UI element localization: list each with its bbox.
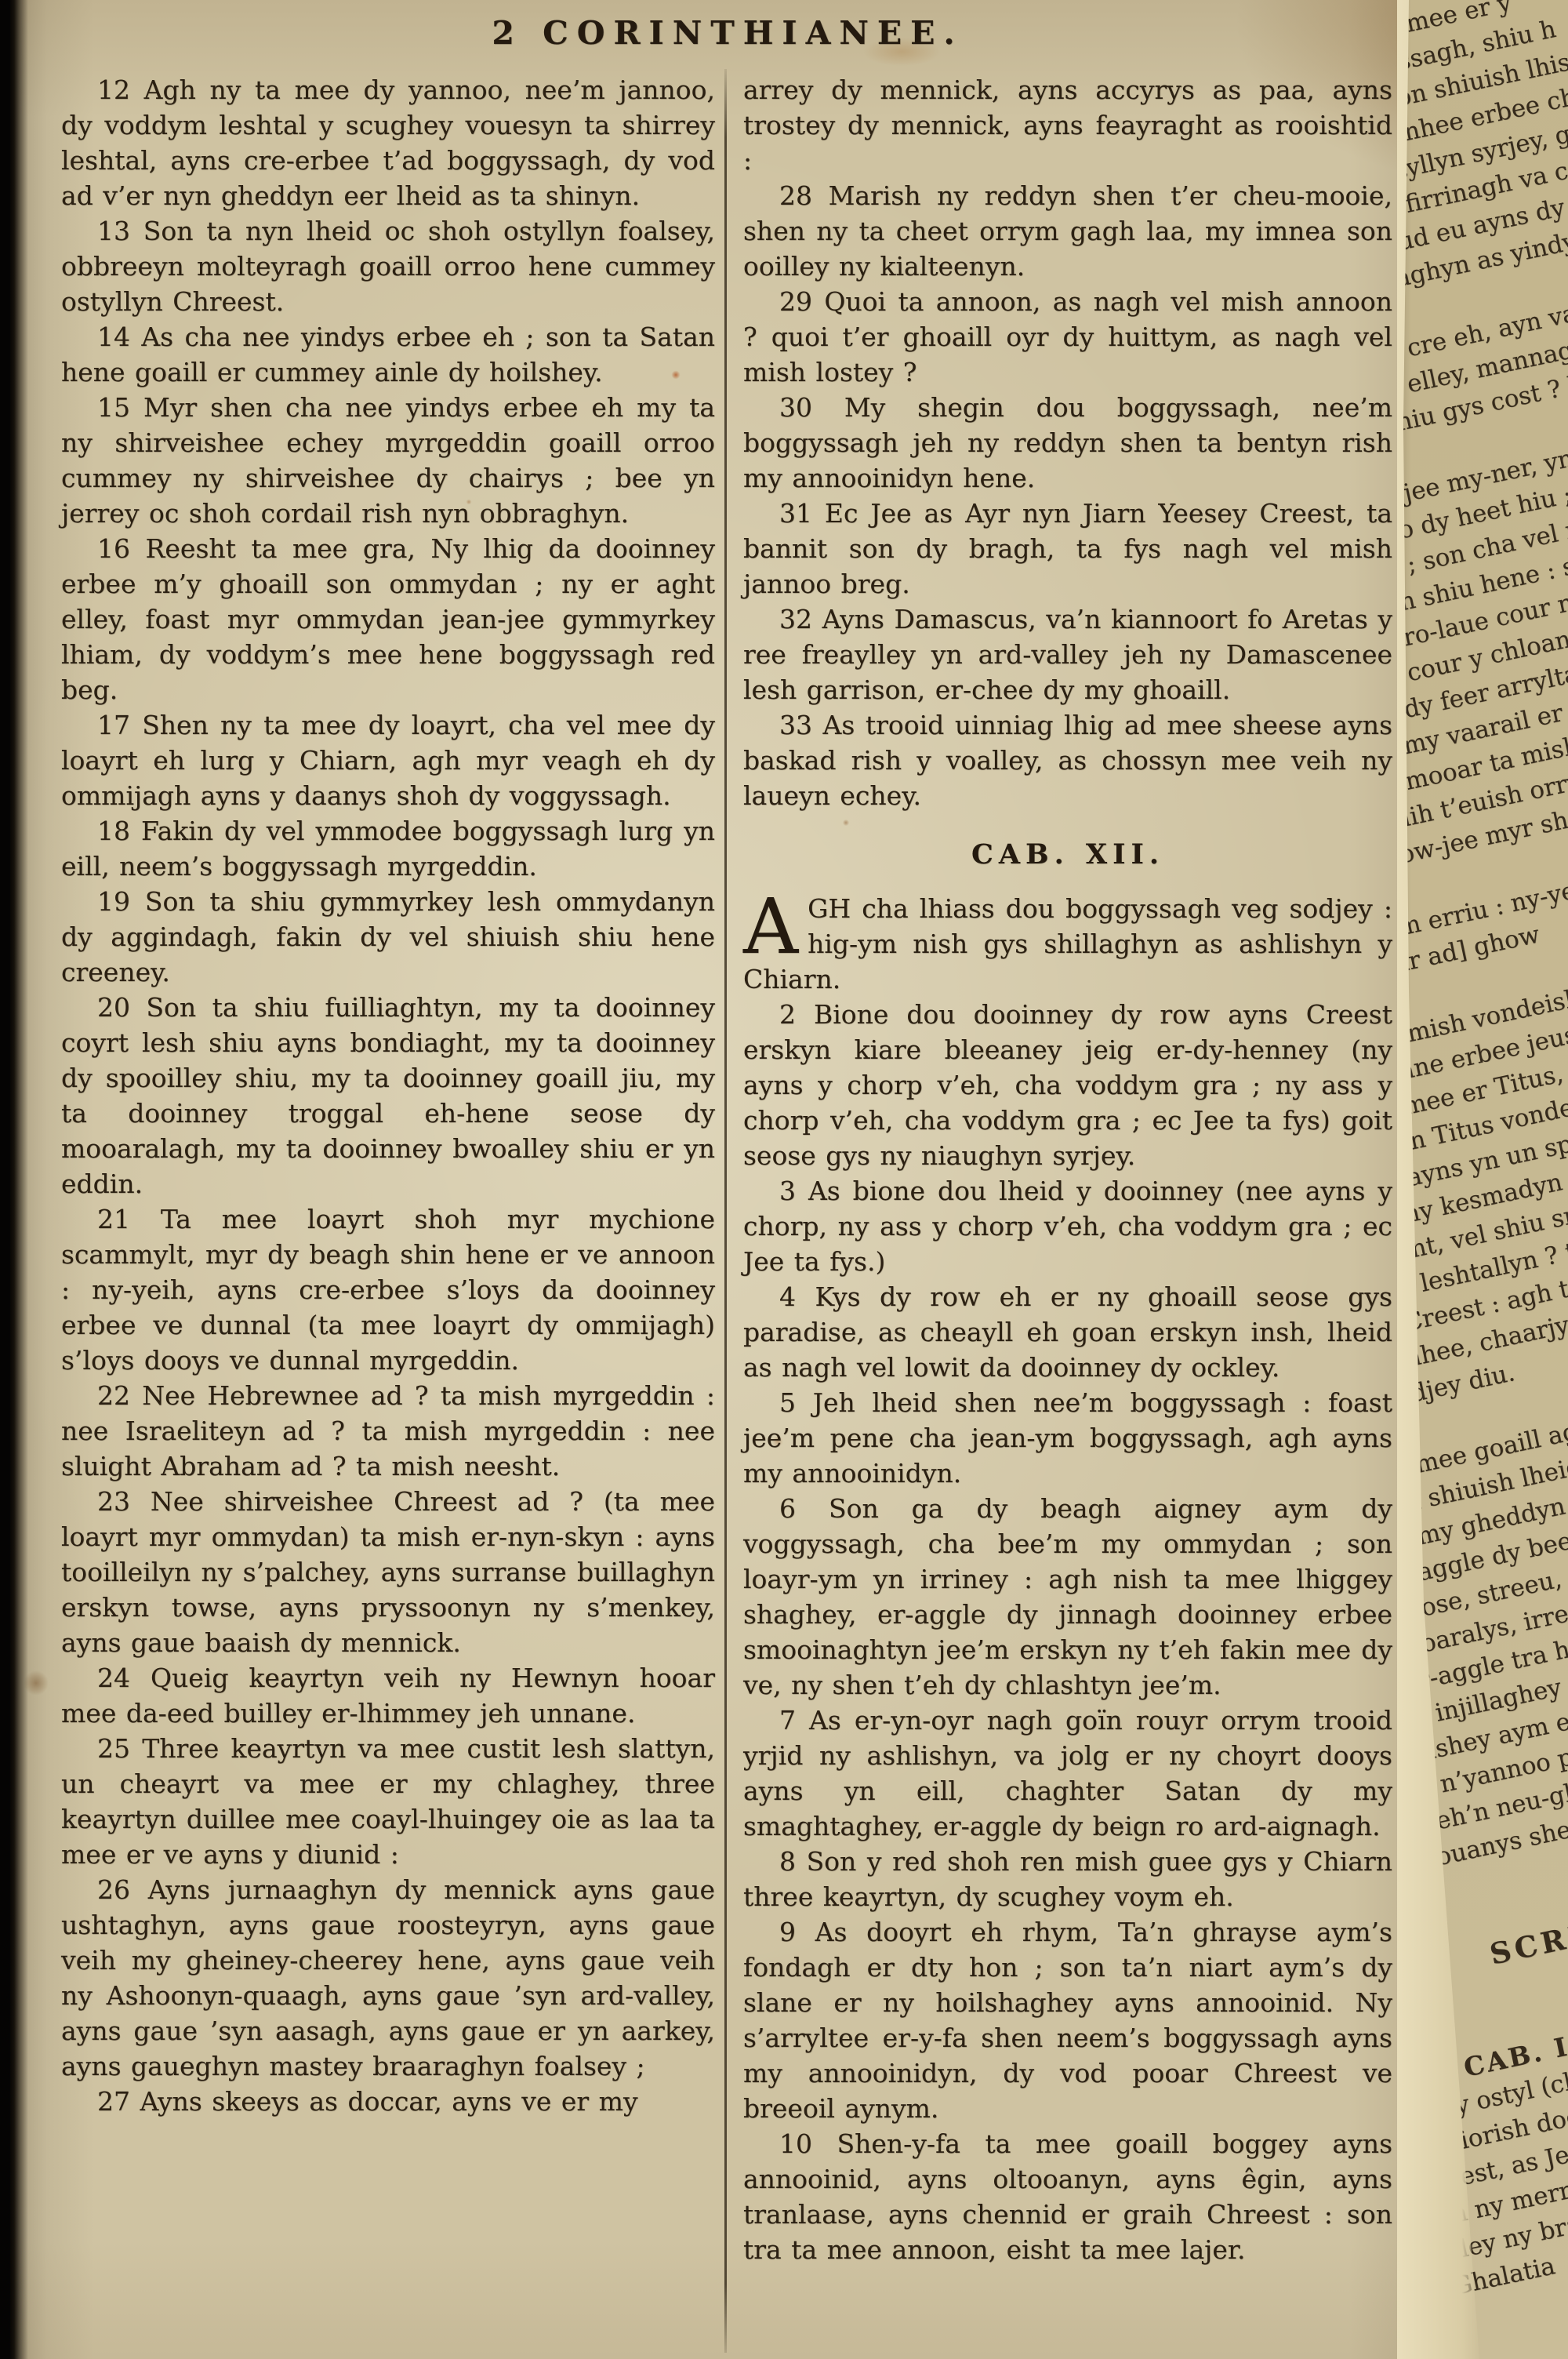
chapter-11-continuation: arrey dy mennick, ayns accyrys as paa, a… <box>743 72 1392 813</box>
chapter-12-verses: 2 Bione dou dooinney dy row ayns Creest … <box>743 997 1392 2267</box>
verse: 2 Bione dou dooinney dy row ayns Creest … <box>743 997 1392 1173</box>
verse: 23 Nee shirveishee Chreest ad ? (ta mee … <box>61 1484 715 1660</box>
verse-number: 9 <box>779 1917 815 1947</box>
verse: 17 Shen ny ta mee dy loayrt, cha vel mee… <box>61 707 715 813</box>
verse-number: 17 <box>97 710 142 740</box>
verse-number: 6 <box>779 1493 829 1524</box>
verse: 8 Son y red shoh ren mish guee gys y Chi… <box>743 1844 1392 1914</box>
verse-number: 7 <box>779 1705 809 1736</box>
verse-1-text: GH cha lhiass dou boggyssagh veg sodjey … <box>743 893 1392 994</box>
verse-number: 28 <box>779 180 829 211</box>
verse: 29 Quoi ta annoon, as nagh vel mish anno… <box>743 284 1392 390</box>
verse: 10 Shen-y-fa ta mee goaill boggey ayns a… <box>743 2126 1392 2267</box>
verse: 19 Son ta shiu gymmyrkey lesh ommydanyn … <box>61 884 715 990</box>
verse-number: 18 <box>97 816 141 846</box>
verse-number: 29 <box>779 286 824 317</box>
verse: 18 Fakin dy vel ymmodee boggyssagh lurg … <box>61 813 715 884</box>
verse-number: 2 <box>779 999 814 1030</box>
verse-number: 8 <box>779 1846 807 1877</box>
verse-number: 12 <box>97 75 144 105</box>
adjacent-page-gutter: a mee er yyssagh, shiu hson shiuish lhis… <box>1397 0 1568 2359</box>
left-text-column: 12 Agh ny ta mee dy yannoo, nee’m jannoo… <box>61 72 715 2119</box>
verse: 25 Three keayrtyn va mee custit lesh sla… <box>61 1731 715 1872</box>
verse-number: 27 <box>97 2086 140 2117</box>
verse: arrey dy mennick, ayns accyrys as paa, a… <box>743 72 1392 178</box>
scanned-book-page: { "page": { "colors": { "paper": "#cfc3a… <box>0 0 1568 2359</box>
verse: 6 Son ga dy beagh aigney aym dy voggyssa… <box>743 1491 1392 1703</box>
verse-number: 24 <box>97 1663 151 1693</box>
verse: 13 Son ta nyn lheid oc shoh ostyllyn foa… <box>61 213 715 319</box>
dropcap-letter: A <box>743 891 808 958</box>
verse: 12 Agh ny ta mee dy yannoo, nee’m jannoo… <box>61 72 715 213</box>
verse-number: 25 <box>97 1733 142 1764</box>
verse-number: 14 <box>97 322 141 352</box>
verse: 4 Kys dy row eh er ny ghoaill seose gys … <box>743 1279 1392 1385</box>
chapter-heading: CAB. XII. <box>743 837 1392 872</box>
verse: 20 Son ta shiu fuilliaghtyn, my ta dooin… <box>61 990 715 1201</box>
verse-number: 23 <box>97 1486 151 1517</box>
column-divider-rule <box>724 69 727 2353</box>
verse: 5 Jeh lheid shen nee’m boggyssagh : foas… <box>743 1385 1392 1491</box>
verse: 32 Ayns Damascus, va’n kiannoort fo Aret… <box>743 602 1392 707</box>
verse-number: 33 <box>779 710 823 740</box>
verse: 9 As dooyrt eh rhym, Ta’n ghrayse aym’s … <box>743 1914 1392 2126</box>
verse-number: 26 <box>97 1874 148 1905</box>
verse: 30 My shegin dou boggyssagh, nee’m boggy… <box>743 390 1392 496</box>
verse-number: 30 <box>779 392 844 423</box>
verse: 26 Ayns jurnaaghyn dy mennick ayns gaue … <box>61 1872 715 2084</box>
verse: 21 Ta mee loayrt shoh myr mychione scamm… <box>61 1201 715 1378</box>
verse-number: 19 <box>97 886 145 917</box>
verse-number: 3 <box>779 1176 808 1206</box>
verse-number: 16 <box>97 533 146 564</box>
verse-number: 4 <box>779 1281 815 1312</box>
scan-left-black-edge <box>0 0 28 2359</box>
verse: 3 As bione dou lheid y dooinney (nee ayn… <box>743 1173 1392 1279</box>
verse: 31 Ec Jee as Ayr nyn Jiarn Yeesey Creest… <box>743 496 1392 602</box>
verse: 33 As trooid uinniag lhig ad mee sheese … <box>743 707 1392 813</box>
verse-number: 31 <box>779 498 825 529</box>
verse-number: 32 <box>779 604 822 634</box>
verse: 14 As cha nee yindys erbee eh ; son ta S… <box>61 319 715 390</box>
verse: 27 Ayns skeeys as doccar, ayns ve er my <box>61 2084 715 2119</box>
right-text-column: arrey dy mennick, ayns accyrys as paa, a… <box>743 72 1392 2267</box>
verse: 7 As er-yn-oyr nagh goïn rouyr orrym tro… <box>743 1703 1392 1844</box>
verse-number: 13 <box>97 216 143 246</box>
verse: 22 Nee Hebrewnee ad ? ta mish myrgeddin … <box>61 1378 715 1484</box>
page-title: 2 CORINTHIANEE. <box>61 14 1394 52</box>
verse-number: 20 <box>97 992 146 1023</box>
verse: 24 Queig keayrtyn veih ny Hewnyn hooar m… <box>61 1660 715 1731</box>
verse: 16 Reesht ta mee gra, Ny lhig da dooinne… <box>61 531 715 707</box>
verse: 15 Myr shen cha nee yindys erbee eh my t… <box>61 390 715 531</box>
verse-number: 22 <box>97 1380 142 1411</box>
verse-1-dropcap-paragraph: AGH cha lhiass dou boggyssagh veg sodjey… <box>743 891 1392 997</box>
verse-number: 5 <box>779 1387 813 1418</box>
verse-number: 21 <box>97 1204 161 1234</box>
verse-number: 15 <box>97 392 143 423</box>
verse: 28 Marish ny reddyn shen t’er cheu-mooie… <box>743 178 1392 284</box>
verse-number: 10 <box>779 2128 837 2159</box>
